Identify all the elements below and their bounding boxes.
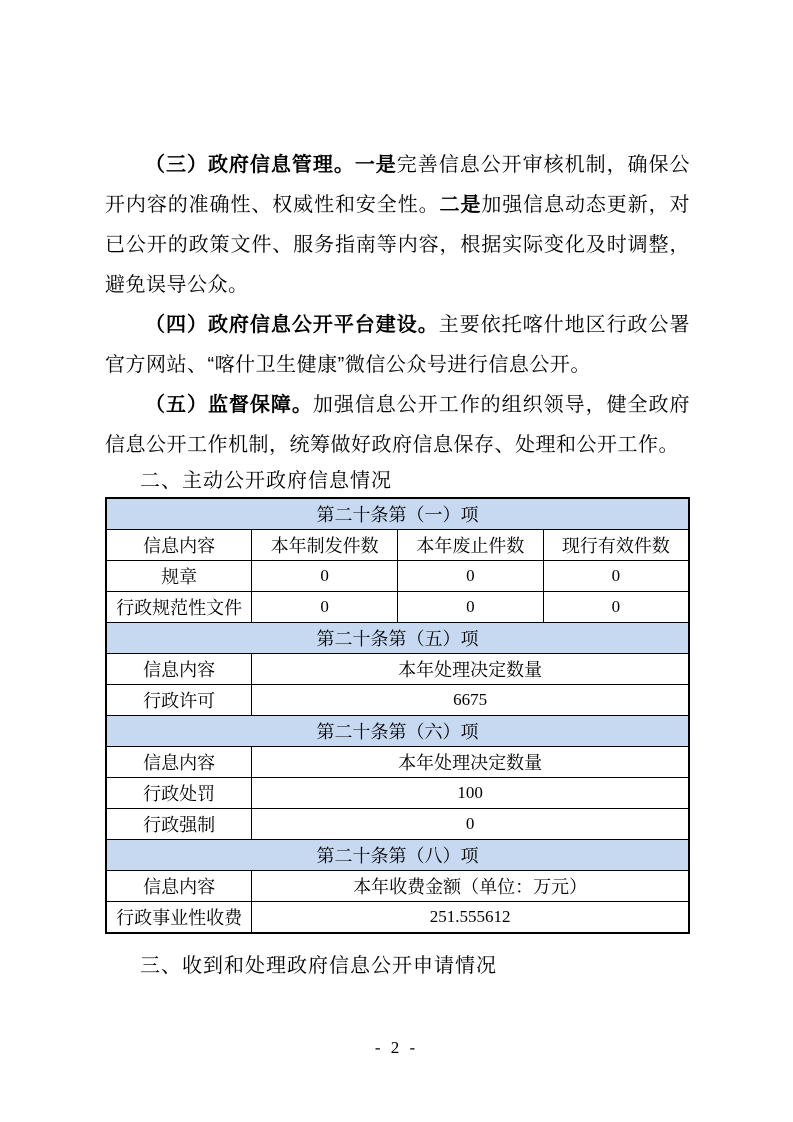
paragraph-5-lead: （五）监督保障。: [145, 394, 313, 416]
paragraph-item-4: （四）政府信息公开平台建设。主要依托喀什地区行政公署官方网站、“喀什卫生健康”微…: [105, 305, 690, 385]
row-label-cell: 行政强制: [106, 809, 252, 840]
table-header-row: 信息内容 本年制发件数 本年废止件数 现行有效件数: [106, 530, 689, 561]
row-label-cell: 行政许可: [106, 685, 252, 716]
header-cell: 现行有效件数: [543, 530, 689, 561]
header-cell: 本年处理决定数量: [252, 654, 689, 685]
table-band-row-article20-item6: 第二十条第（六）项: [106, 716, 689, 747]
value-cell: 0: [252, 592, 398, 623]
page-number: - 2 -: [0, 1038, 793, 1058]
document-page: （三）政府信息管理。一是完善信息公开审核机制，确保公开内容的准确性、权威性和安全…: [0, 0, 793, 1122]
row-label-cell: 规章: [106, 561, 252, 592]
table-band-row-article20-item8: 第二十条第（八）项: [106, 840, 689, 871]
header-cell: 信息内容: [106, 747, 252, 778]
table-row: 行政强制 0: [106, 809, 689, 840]
value-cell: 0: [543, 592, 689, 623]
band-label: 第二十条第（五）项: [106, 623, 689, 654]
band-label: 第二十条第（一）项: [106, 498, 689, 530]
disclosure-statistics-table: 第二十条第（一）项 信息内容 本年制发件数 本年废止件数 现行有效件数 规章 0…: [105, 497, 690, 934]
header-cell: 信息内容: [106, 654, 252, 685]
table-header-row: 信息内容 本年收费金额（单位：万元）: [106, 871, 689, 902]
paragraph-3-lead: （三）政府信息管理。: [145, 154, 355, 176]
value-cell: 0: [252, 561, 398, 592]
paragraph-3-bold-1: 一是: [355, 154, 397, 176]
table-row: 行政许可 6675: [106, 685, 689, 716]
value-cell: 0: [543, 561, 689, 592]
section-heading-2: 二、主动公开政府信息情况: [105, 465, 690, 497]
table-row: 行政事业性收费 251.555612: [106, 902, 689, 934]
section-heading-3: 三、收到和处理政府信息公开申请情况: [105, 948, 690, 984]
table-row: 行政处罚 100: [106, 778, 689, 809]
paragraph-item-5: （五）监督保障。加强信息公开工作的组织领导，健全政府信息公开工作机制，统筹做好政…: [105, 385, 690, 465]
value-cell: 100: [252, 778, 689, 809]
header-cell: 信息内容: [106, 530, 252, 561]
row-label-cell: 行政事业性收费: [106, 902, 252, 934]
header-cell: 本年制发件数: [252, 530, 398, 561]
table-band-row-article20-item1: 第二十条第（一）项: [106, 498, 689, 530]
table-row: 行政规范性文件 0 0 0: [106, 592, 689, 623]
value-cell: 251.555612: [252, 902, 689, 934]
paragraph-4-lead: （四）政府信息公开平台建设。: [145, 314, 439, 336]
value-cell: 6675: [252, 685, 689, 716]
header-cell: 本年处理决定数量: [252, 747, 689, 778]
value-cell: 0: [398, 561, 544, 592]
table-header-row: 信息内容 本年处理决定数量: [106, 747, 689, 778]
band-label: 第二十条第（六）项: [106, 716, 689, 747]
paragraph-item-3: （三）政府信息管理。一是完善信息公开审核机制，确保公开内容的准确性、权威性和安全…: [105, 145, 690, 305]
table-row: 规章 0 0 0: [106, 561, 689, 592]
row-label-cell: 行政规范性文件: [106, 592, 252, 623]
band-label: 第二十条第（八）项: [106, 840, 689, 871]
table-header-row: 信息内容 本年处理决定数量: [106, 654, 689, 685]
header-cell: 本年收费金额（单位：万元）: [252, 871, 689, 902]
header-cell: 信息内容: [106, 871, 252, 902]
row-label-cell: 行政处罚: [106, 778, 252, 809]
value-cell: 0: [252, 809, 689, 840]
value-cell: 0: [398, 592, 544, 623]
paragraph-3-bold-2: 二是: [440, 194, 482, 216]
table-band-row-article20-item5: 第二十条第（五）项: [106, 623, 689, 654]
header-cell: 本年废止件数: [398, 530, 544, 561]
